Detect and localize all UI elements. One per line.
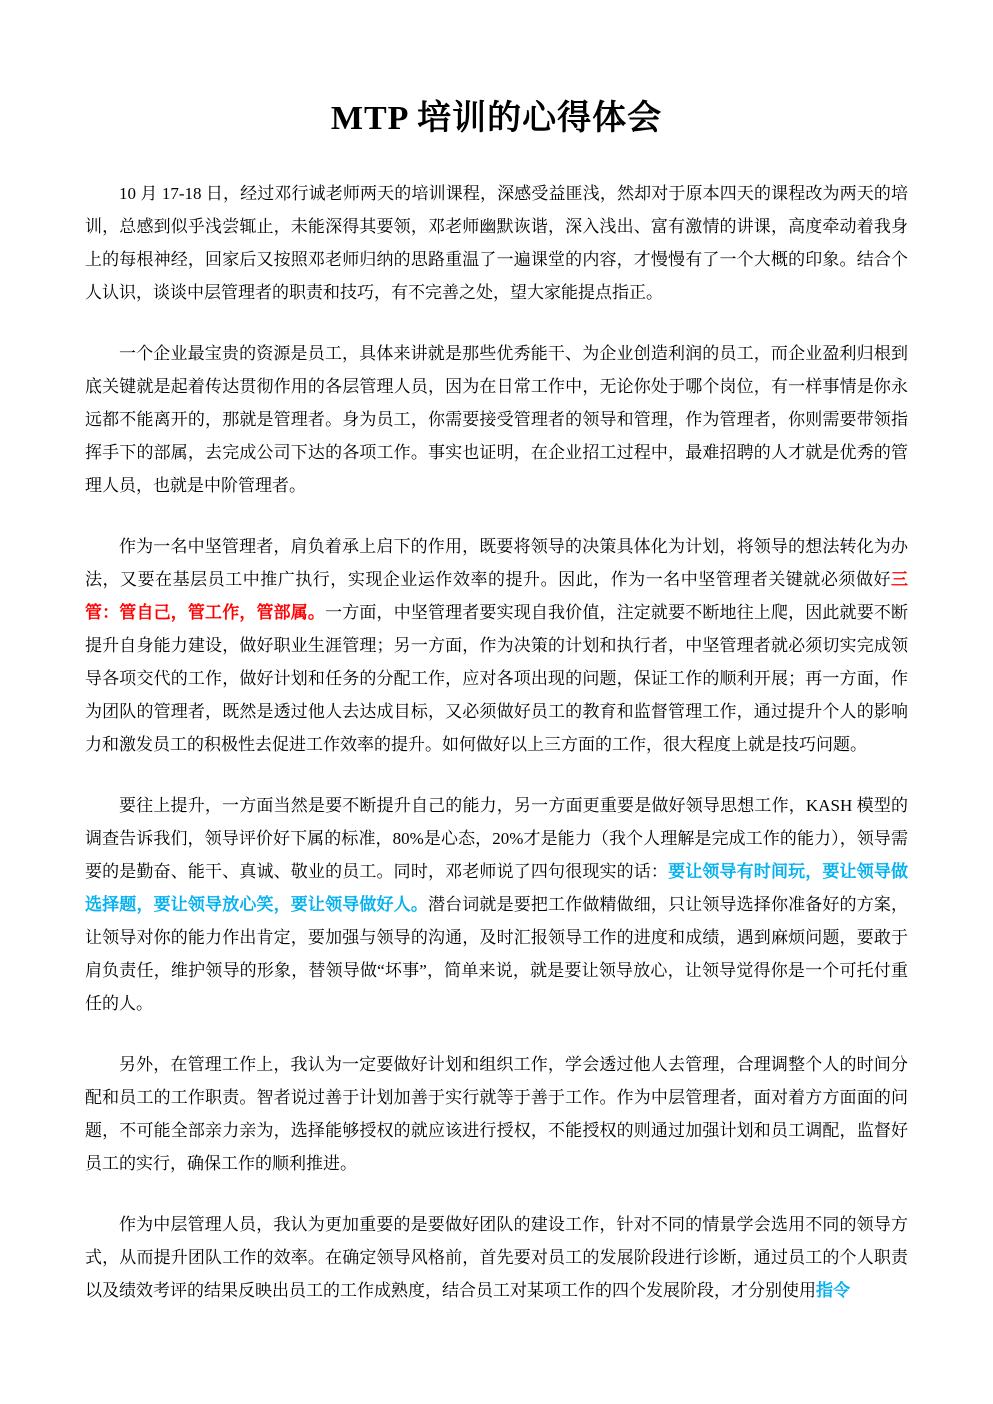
text-run: 作为一名中坚管理者，肩负着承上启下的作用，既要将领导的决策具体化为计划，将领导的… <box>85 537 908 589</box>
text-run: 10 月 17-18 日，经过邓行诚老师两天的培训课程，深感受益匪浅，然却对于原… <box>85 184 908 302</box>
paragraph-4: 要往上提升，一方面当然是要不断提升自己的能力，另一方面更重要是做好领导思想工作，… <box>85 789 908 1020</box>
document-page: MTP 培训的心得体会 10 月 17-18 日，经过邓行诚老师两天的培训课程，… <box>0 0 993 1404</box>
blue-emphasis-text-run: 指令 <box>816 1281 850 1300</box>
text-run: 作为中层管理人员，我认为更加重要的是要做好团队的建设工作，针对不同的情景学会选用… <box>85 1215 908 1300</box>
text-run: 一方面，中坚管理者要实现自我价值，注定就要不断地往上爬，因此就要不断提升自身能力… <box>85 603 908 754</box>
paragraph-3: 作为一名中坚管理者，肩负着承上启下的作用，既要将领导的决策具体化为计划，将领导的… <box>85 530 908 761</box>
text-run: 一个企业最宝贵的资源是员工，具体来讲就是那些优秀能干、为企业创造利润的员工，而企… <box>85 344 908 495</box>
document-title: MTP 培训的心得体会 <box>85 97 908 141</box>
paragraph-6: 作为中层管理人员，我认为更加重要的是要做好团队的建设工作，针对不同的情景学会选用… <box>85 1208 908 1307</box>
text-run: 另外，在管理工作上，我认为一定要做好计划和组织工作，学会透过他人去管理，合理调整… <box>85 1055 908 1173</box>
document-body: 10 月 17-18 日，经过邓行诚老师两天的培训课程，深感受益匪浅，然却对于原… <box>85 177 908 1307</box>
paragraph-1: 10 月 17-18 日，经过邓行诚老师两天的培训课程，深感受益匪浅，然却对于原… <box>85 177 908 309</box>
paragraph-5: 另外，在管理工作上，我认为一定要做好计划和组织工作，学会透过他人去管理，合理调整… <box>85 1048 908 1180</box>
paragraph-2: 一个企业最宝贵的资源是员工，具体来讲就是那些优秀能干、为企业创造利润的员工，而企… <box>85 337 908 502</box>
